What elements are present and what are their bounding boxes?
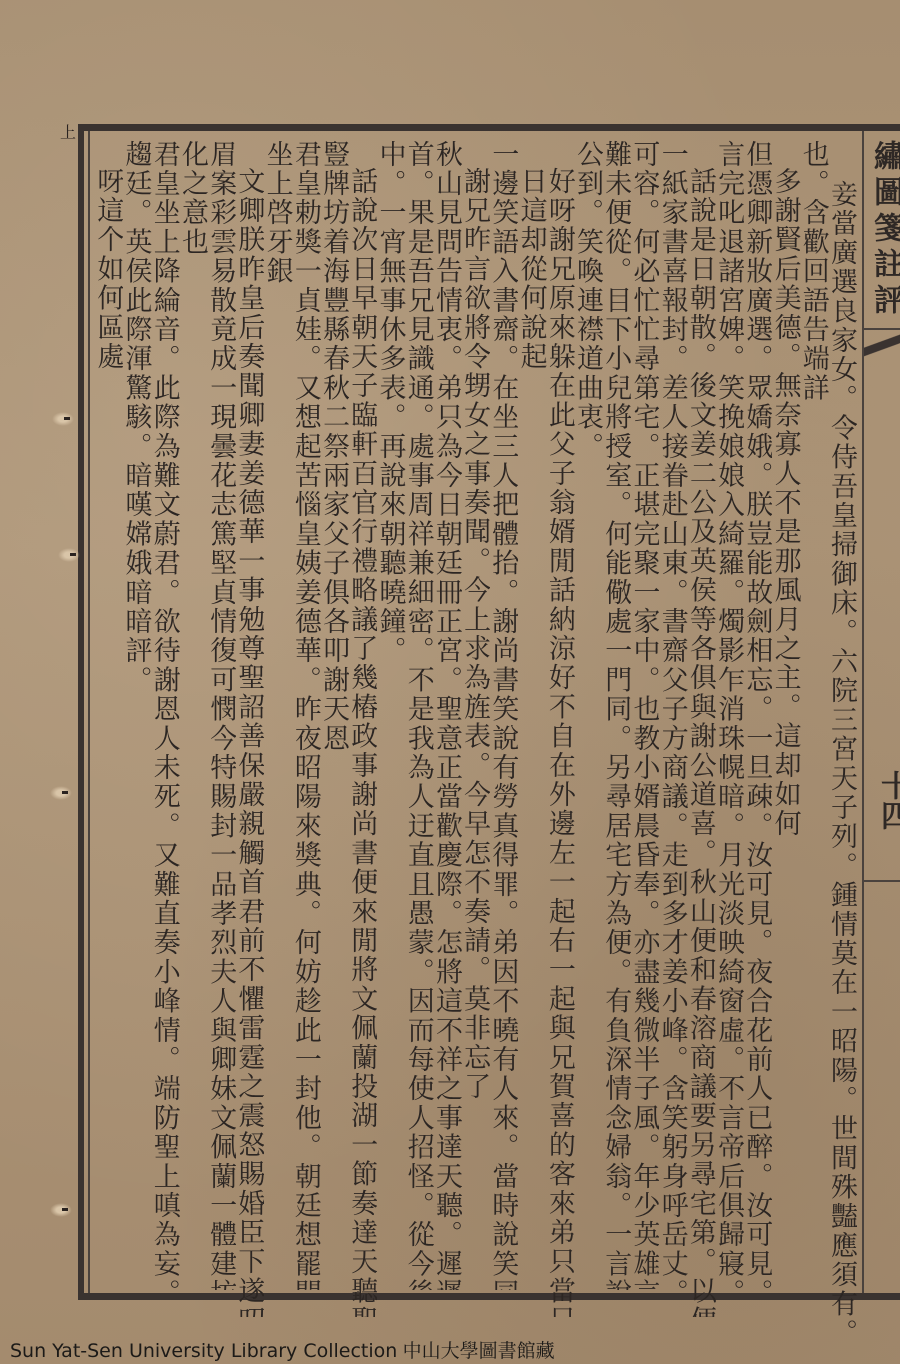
text-column: 也。含歡回語告端詳 bbox=[801, 140, 829, 1290]
text-column: 難未便從。目下小兒將授室。何能儆處一門同。另尋居宅方為便。有負深情念婦翁。一言說… bbox=[603, 140, 631, 1290]
text-column: 言完叱退諸宮婢。笑挽娘娘入綺羅。燭影乍消珠幌暗。月光淡映綺窗虛。不言帝后俱歸寢。… bbox=[716, 140, 744, 1290]
text-column: 公到。笑喚連襟道曲衷。 bbox=[575, 140, 603, 1290]
text-column: 日這却從何說起 bbox=[518, 140, 546, 1317]
binding-mark: 上 bbox=[60, 120, 76, 143]
text-column: 中。一宵無事休多表。再說來朝聽曉鐘。 bbox=[377, 140, 405, 1290]
text-column: 可容。何必忙忙尋第宅。正堪完聚一家中。也教小婿晨昏奉。亦盡幾微半子風。年少英雄言… bbox=[631, 140, 659, 1290]
text-column: 多謝賢后美德。無奈寡人不是那風月之主。這却如何 bbox=[772, 140, 800, 1317]
text-column: 文卿朕昨皇后奏聞卿妻姜德華一事勉尊聖詔善保嚴親觸首君前不懼雷霆之震怒賜婚臣下遂叨… bbox=[236, 140, 264, 1317]
text-column: 好呀謝兄原來躲在此父子翁婿閒話納涼好不自在外邊左一起右一起與兄賀喜的客來弟只當兄… bbox=[547, 140, 575, 1317]
banxin-divider bbox=[864, 328, 900, 330]
wormhole-icon bbox=[52, 412, 74, 426]
text-column: 君皇坐上降綸音。此際為難文蔚君。欲待謝恩人未死。又難直奏小峰情。端防聖上嗔為妄。… bbox=[152, 140, 180, 1290]
margin-book-title: 繡圖箋註評 bbox=[868, 140, 900, 320]
text-column: 一紙家書喜報封。差人接眷赴山東。書齋父子方商議。走到多才姜小峰。含笑躬身呼岳丈。… bbox=[659, 140, 687, 1290]
fish-tail-mark-icon bbox=[864, 330, 900, 360]
watermark-chinese: 中山大學圖書館藏 bbox=[403, 1340, 555, 1362]
text-column: 眉案彩雲易散竟成一現曇花志篤堅貞情復可憫今特賜封一品孝烈夫人與卿妹文佩蘭一體建坊… bbox=[208, 140, 236, 1290]
text-column: 首。果是吾兄見識通。處事周祥兼細密。不是我為人迂直且愚蒙。因而每使人招怪。從今後… bbox=[406, 140, 434, 1290]
text-column: 謝兄昨言欲將令甥女之事奏聞。今上求為旌表。今早怎不奏請。莫非忘了 bbox=[462, 140, 490, 1317]
text-column: 坐上啓牙銀 bbox=[264, 140, 292, 1290]
text-column: 話說次日早朝天子臨軒百官行禮略議了幾樁政事謝尚書便來閒將文佩蘭投湖一節奏達天聽聖… bbox=[349, 140, 377, 1317]
text-column: 妾當廣選良家女。令侍吾皇掃御床。六院三宮天子列。鍾情莫在一昭陽。世間殊豔應須有。… bbox=[829, 140, 857, 1330]
banxin-divider bbox=[864, 880, 900, 882]
text-column: 君皇勅獎一貞娃。又想起苦惱皇姨姜德華。昨夜昭陽來獎典。何妨趁此一封他。朝廷想罷開… bbox=[293, 140, 321, 1290]
text-column: 秋山見問告情衷。弟只為今日朝廷冊正宮。聖意正當歡慶際。怎將這不祥之事達天聽。遲遲… bbox=[434, 140, 462, 1290]
wormhole-icon bbox=[58, 548, 80, 562]
text-column: 話說是日朝散。後文姜二公及英侯等各俱與謝公道喜。秋山便和春溶商議要另尋宅第。以便… bbox=[688, 140, 716, 1317]
library-watermark: Sun Yat-Sen University Library Collectio… bbox=[10, 1336, 555, 1363]
left-inner-rule bbox=[88, 131, 90, 1293]
main-text-body: 妾當廣選良家女。令侍吾皇掃御床。六院三宮天子列。鍾情莫在一昭陽。世間殊豔應須有。… bbox=[95, 140, 857, 1290]
watermark-english: Sun Yat-Sen University Library Collectio… bbox=[10, 1340, 397, 1362]
text-column: 但憑卿新妝廣選。眾嬌娥。朕豈能故劍相忘。一旦疎。汝可見。夜合花前人已醉。汝可見。… bbox=[744, 140, 772, 1290]
text-column: 呀這个如何區處 bbox=[95, 140, 123, 1317]
margin-page-number: 十四 bbox=[870, 770, 900, 830]
text-column: 化之意也 bbox=[180, 140, 208, 1290]
text-column: 一邊笑語入書齋。在坐三人把體抬。謝尚書笑說有勞真得罪。弟因不曉有人來。當時說笑同… bbox=[490, 140, 518, 1290]
wormhole-icon bbox=[50, 1203, 72, 1217]
wormhole-icon bbox=[50, 786, 72, 800]
text-column: 趨廷。英侯此際渾驚駭。暗嘆嫦娥暗暗評。 bbox=[123, 140, 151, 1290]
text-column: 豎牌坊着海豐縣春秋二祭兩家父子俱各叩謝天恩 bbox=[321, 140, 349, 1290]
